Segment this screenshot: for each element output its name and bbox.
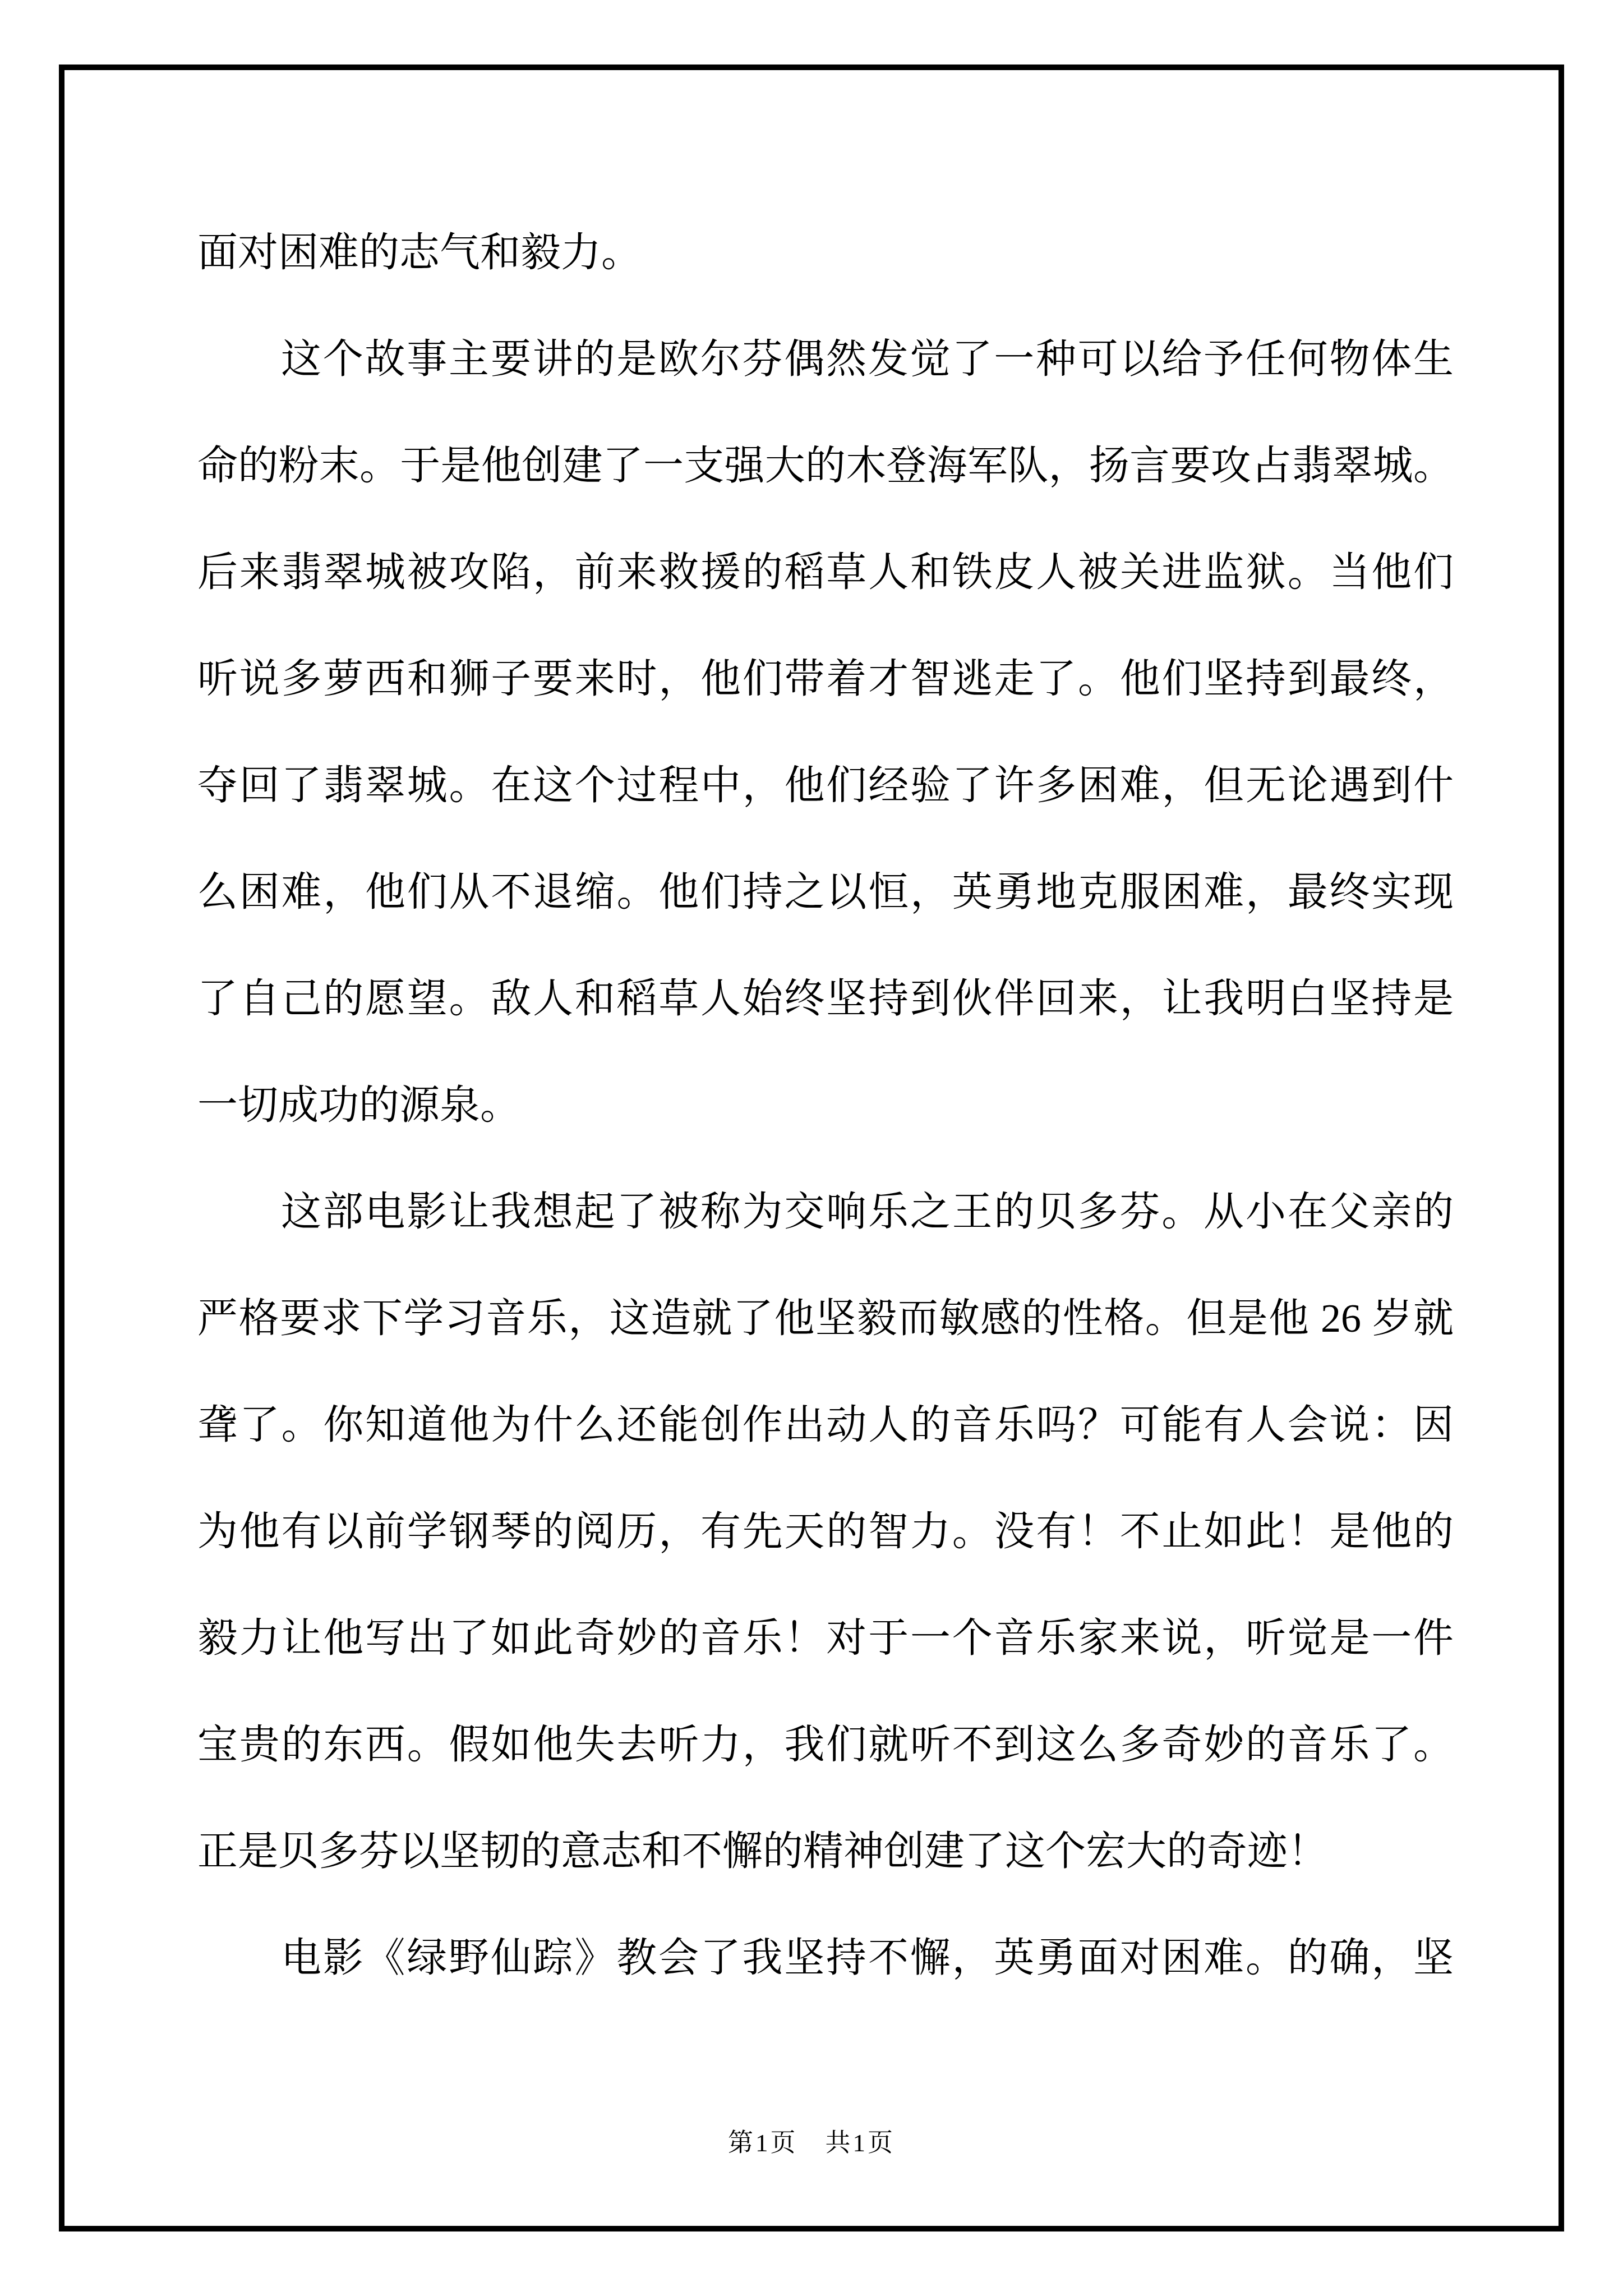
paragraph: 电影《绿野仙踪》教会了我坚持不懈，英勇面对困难。的确，坚 (197, 1904, 1454, 2011)
text-line: 宝贵的东西。假如他失去听力，我们就听不到这么多奇妙的音乐了。 (197, 1691, 1454, 1798)
page-footer: 第1页 共1页 (0, 2112, 1623, 2174)
text-line: 毅力让他写出了如此奇妙的音乐！对于一个音乐家来说，听觉是一件 (197, 1585, 1454, 1691)
text-line: 这部电影让我想起了被称为交响乐之王的贝多芬。从小在父亲的 (197, 1158, 1454, 1265)
text-line: 正是贝多芬以坚韧的意志和不懈的精神创建了这个宏大的奇迹！ (197, 1798, 1454, 1904)
text-line: 聋了。你知道他为什么还能创作出动人的音乐吗？可能有人会说：因 (197, 1372, 1454, 1478)
text-line: 么困难，他们从不退缩。他们持之以恒，英勇地克服困难，最终实现 (197, 839, 1454, 945)
text-line: 夺回了翡翠城。在这个过程中，他们经验了许多困难，但无论遇到什 (197, 732, 1454, 839)
text-line: 为他有以前学钢琴的阅历，有先天的智力。没有！不止如此！是他的 (197, 1478, 1454, 1585)
text-line: 听说多萝西和狮子要来时，他们带着才智逃走了。他们坚持到最终， (197, 625, 1454, 732)
text-line: 电影《绿野仙踪》教会了我坚持不懈，英勇面对困难。的确，坚 (197, 1904, 1454, 2011)
text-line: 一切成功的源泉。 (197, 1052, 1454, 1158)
paragraph: 面对困难的志气和毅力。 (197, 199, 1454, 306)
text-line: 这个故事主要讲的是欧尔芬偶然发觉了一种可以给予任何物体生 (197, 306, 1454, 412)
document-body: 面对困难的志气和毅力。 这个故事主要讲的是欧尔芬偶然发觉了一种可以给予任何物体生… (197, 199, 1454, 2011)
text-line: 命的粉末。于是他创建了一支强大的木登海军队，扬言要攻占翡翠城。 (197, 412, 1454, 519)
text-line: 了自己的愿望。敌人和稻草人始终坚持到伙伴回来，让我明白坚持是 (197, 945, 1454, 1052)
text-line: 后来翡翠城被攻陷，前来救援的稻草人和铁皮人被关进监狱。当他们 (197, 519, 1454, 625)
text-line: 面对困难的志气和毅力。 (197, 199, 1454, 306)
paragraph: 这个故事主要讲的是欧尔芬偶然发觉了一种可以给予任何物体生 命的粉末。于是他创建了… (197, 306, 1454, 1158)
paragraph: 这部电影让我想起了被称为交响乐之王的贝多芬。从小在父亲的 严格要求下学习音乐，这… (197, 1158, 1454, 1904)
text-line: 严格要求下学习音乐，这造就了他坚毅而敏感的性格。但是他 26 岁就 (197, 1265, 1454, 1372)
